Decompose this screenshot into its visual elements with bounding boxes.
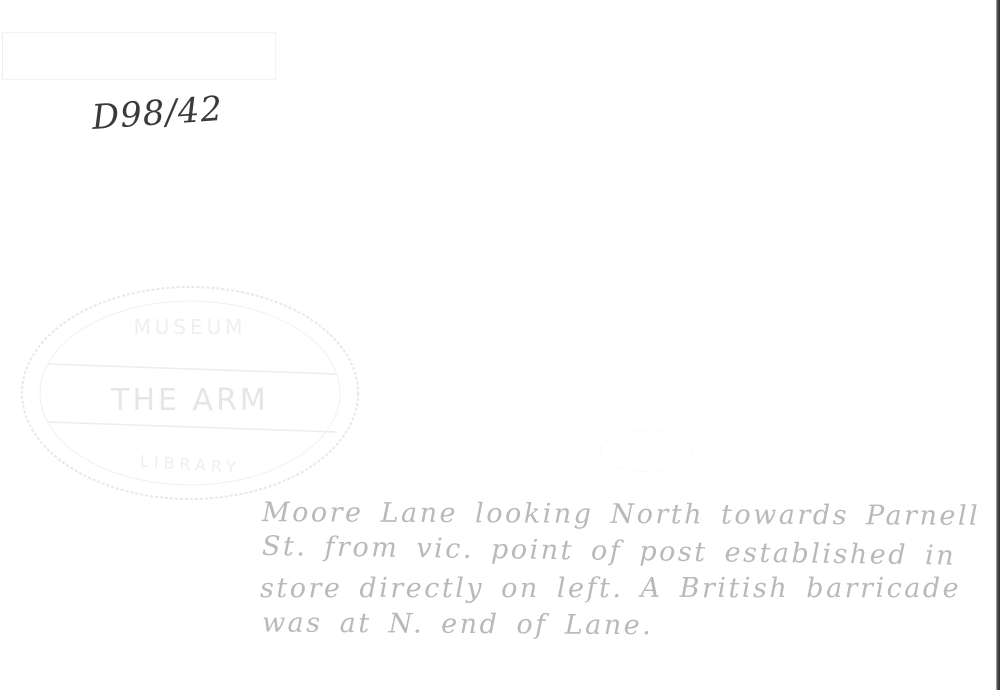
oval-archive-stamp: MUSEUM THE ARM LIBRARY [18, 282, 363, 504]
svg-text:THE ARM: THE ARM [110, 383, 269, 418]
paper-smudge [600, 430, 692, 472]
caption-line: St. from vic. point of post established … [262, 528, 992, 575]
caption-line: store directly on left. A British barric… [260, 570, 992, 607]
faint-label-outline [2, 32, 276, 80]
caption-line: was at N. end of Lane. [262, 604, 992, 646]
photo-reverse-page: D98/42 MUSEUM THE ARM LIBRARY Moore Lane… [0, 0, 996, 690]
scan-edge-border [996, 0, 1000, 690]
svg-text:MUSEUM: MUSEUM [133, 315, 246, 339]
accession-number: D98/42 [91, 89, 225, 138]
stamp-icon: MUSEUM THE ARM LIBRARY [18, 282, 363, 504]
svg-text:LIBRARY: LIBRARY [139, 452, 241, 478]
handwritten-caption: Moore Lane looking North towards Parnell… [262, 496, 992, 644]
